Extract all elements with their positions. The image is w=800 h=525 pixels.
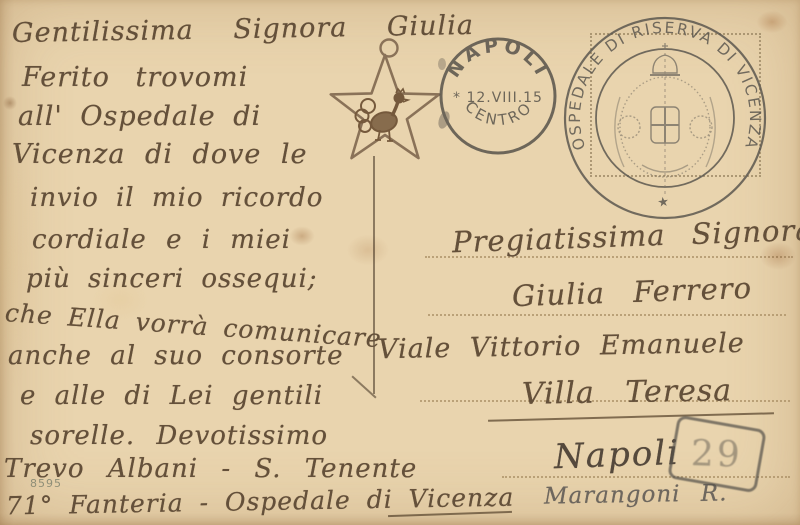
- message-line: all' Ospedale di: [18, 103, 261, 130]
- sorting-stamp-number: 29: [690, 433, 743, 476]
- address-rule: [428, 314, 786, 316]
- address-villa: Villa Teresa: [522, 376, 733, 410]
- message-line: Ferito trovomi: [22, 64, 248, 91]
- address-city: Napoli: [553, 436, 680, 474]
- message-line: e alle di Lei gentili: [20, 383, 323, 409]
- message-line: Vicenza di dove le: [12, 141, 308, 168]
- stamp-bottom-star: ★: [656, 194, 670, 210]
- rooster-icon: [356, 89, 409, 141]
- greeting-line: Gentilissima Signora Giulia: [12, 12, 474, 47]
- napoli-postmark: NAPOLI * 12.VIII.15 CENTRO: [432, 30, 564, 162]
- address-honorific: Pregiatissima Signora: [452, 216, 800, 258]
- svg-text:NAPOLI: NAPOLI: [442, 34, 553, 81]
- message-line: anche al suo consorte: [8, 343, 344, 369]
- postmark-city: NAPOLI: [442, 34, 553, 81]
- address-street: Viale Vittorio Emanuele: [378, 330, 745, 363]
- savoy-crest-icon: [615, 43, 715, 195]
- message-line: più sinceri ossequi;: [26, 266, 318, 292]
- postcard-back: Gentilissima Signora Giulia Ferito trovo…: [0, 0, 800, 525]
- hospital-stamp: OSPEDALE DI RISERVA DI VICENZA ★: [550, 5, 785, 230]
- divider-line: [373, 156, 375, 394]
- message-line: invio il mio ricordo: [30, 185, 323, 211]
- message-line: cordiale e i miei: [32, 227, 291, 253]
- signature-line: Trevo Albani - S. Tenente: [4, 456, 417, 482]
- pencil-annotation: Marangoni R.: [544, 482, 728, 508]
- message-line: sorelle. Devotissimo: [30, 423, 328, 449]
- star-icon: [331, 55, 439, 158]
- address-name: Giulia Ferrero: [512, 274, 753, 311]
- villa-underline: [488, 412, 774, 421]
